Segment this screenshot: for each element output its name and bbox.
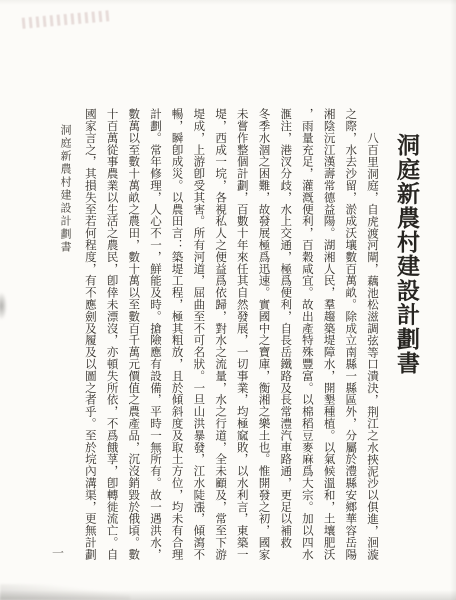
- scanned-page: 洞庭新農村建設計劃書 八百里洞庭，自虎渡河閘，藕池松滋調弦等口潰決，荆江之水挾泥…: [0, 0, 456, 600]
- text-column: 未嘗作整個計劃，百數十年來任其自然發展，一切事業，均極窳敗，以水利言，東築一: [230, 108, 252, 580]
- text-column: 國家言之，其損失至若何程度，有不應劍及履及以圖之者乎。至於垸內溝渠，更無計劃: [78, 108, 100, 580]
- text-column: 湘陰沅江漢壽常德益陽。湖湘人民，羣趨築堤障水，開墾種植。以氣候溫和，土壤肥沃: [317, 108, 339, 580]
- document-title: 洞庭新農村建設計劃書: [382, 133, 430, 580]
- text-column: 計劃。常年修理，人心不一，鮮能及時。搶險應有設備，平時一無所有。故一遇洪水，: [143, 108, 165, 580]
- text-column: 堤成，上游卽受其害。所有河道，屈曲至不可名狀。一旦山洪暴發，江水陡漲，傾瀉不: [187, 108, 209, 580]
- stamp-mark: [22, 10, 111, 29]
- text-column: ，雨量充足，灌漑便利，百穀咸宜。故出產特殊豐富。以棉稻豆麥麻爲大宗。加以四水: [295, 108, 317, 580]
- text-column: 堤，西成一垸，各視私人之便益爲依歸，對水之流量，水之行道，全未顧及，常至下游: [208, 108, 230, 580]
- scan-shadow-top: [0, 0, 456, 5]
- text-column: 十百萬從事農業以生活之農民，卽倖未漂沒，亦頓失所依，不爲餓莩，卽轉徙流亡。自: [100, 108, 122, 580]
- text-column: 冬季水涸之困難，故發展極爲迅速。實國中之寶庫，衡湘之樂土也。惟開發之初，國家: [252, 108, 274, 580]
- text-column: 之際，水去沙留，淤成沃壤數百萬畝。除成立南縣一縣區外，分屬於澧縣安鄉華容岳陽: [339, 108, 361, 580]
- text-column: 八百里洞庭，自虎渡河閘，藕池松滋調弦等口潰決，荆江之水挾泥沙以俱進，洄漩: [360, 132, 382, 580]
- scan-shadow-right: [450, 0, 456, 600]
- scan-smudge: [0, 292, 7, 320]
- text-block: 洞庭新農村建設計劃書 八百里洞庭，自虎渡河閘，藕池松滋調弦等口潰決，荆江之水挾泥…: [78, 108, 430, 580]
- text-column: 數萬以至數十萬畝之農田，數十萬以至數百千萬元價值之農產品，沉沒銷毀於俄頃。數: [122, 108, 144, 580]
- running-title: 洞庭新農村建設計劃書: [57, 124, 73, 254]
- text-column: 滙注，港汊分歧，水上交通，極爲便利，自長岳鐵路及長常澧汽車路通，更足以補救: [273, 108, 295, 580]
- text-column: 暢，瞬卽成災。以農田言：築堤工程，極其粗放，且於傾斜度及取土方位，均未有合理: [165, 108, 187, 580]
- page-number: 一: [52, 544, 64, 561]
- scan-shadow-bottom: [0, 590, 456, 600]
